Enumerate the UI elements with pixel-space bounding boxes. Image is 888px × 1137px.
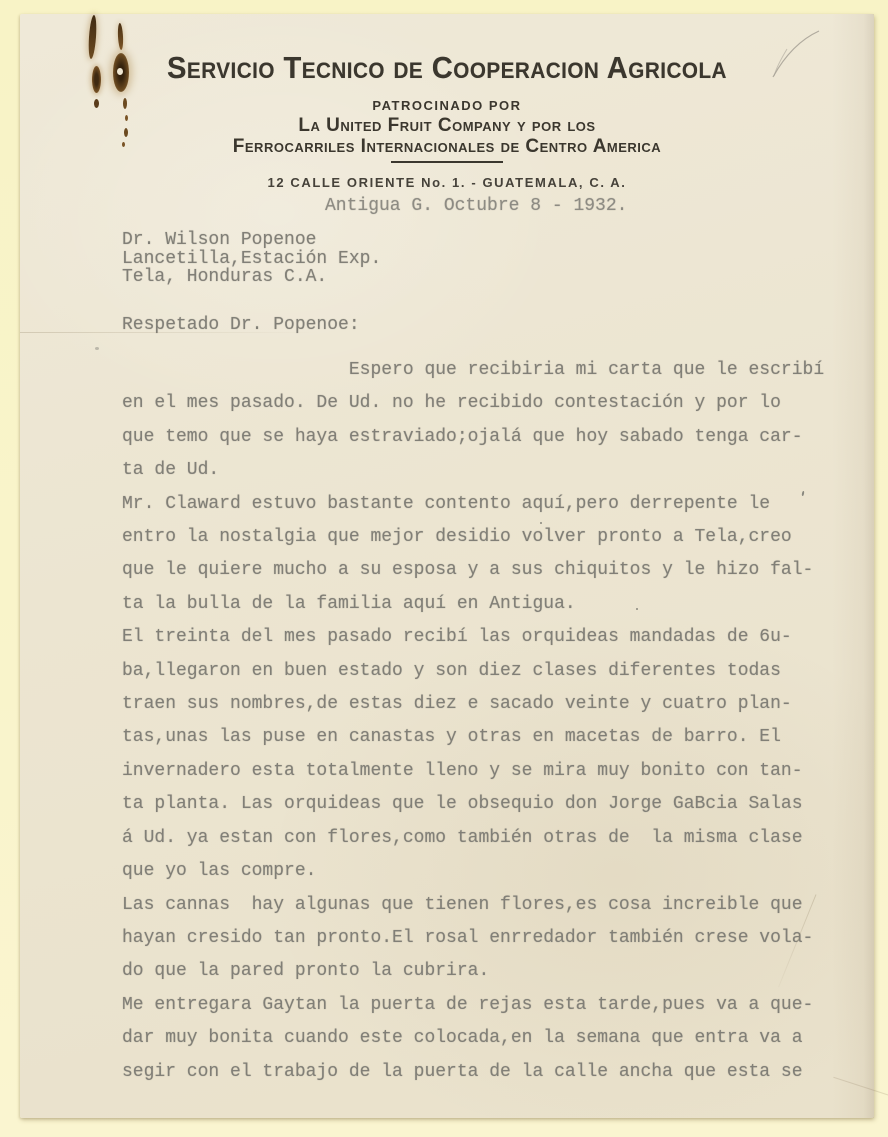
letterhead-sponsor-line2: Ferrocarriles Internacionales de Centro … <box>20 136 874 158</box>
typed-line: ta la bulla de la familia aquí en Antigu… <box>122 588 824 621</box>
letterhead-divider-rule <box>391 161 503 163</box>
rust-stain <box>94 99 99 108</box>
rust-stain <box>117 23 123 50</box>
salutation: Respetado Dr. Popenoe: <box>122 315 360 335</box>
typed-line: Lancetilla,Estación Exp. <box>122 250 381 269</box>
typed-line: Dr. Wilson Popenoe <box>122 231 381 250</box>
letterhead-sponsor-intro: PATROCINADO POR <box>20 98 874 113</box>
typed-line: Las cannas hay algunas que tienen flores… <box>122 889 824 922</box>
typed-line: ta planta. Las orquideas que le obsequio… <box>122 788 824 821</box>
recipient-address-block: Dr. Wilson PopenoeLancetilla,Estación Ex… <box>122 231 381 287</box>
typed-line: El treinta del mes pasado recibí las orq… <box>122 621 824 654</box>
letterhead-address: 12 CALLE ORIENTE No. 1. - GUATEMALA, C. … <box>20 175 874 190</box>
typed-line: Me entregara Gaytan la puerta de rejas e… <box>122 989 824 1022</box>
typed-line: entro la nostalgia que mejor desidio vol… <box>122 521 824 554</box>
rust-stain <box>124 128 128 137</box>
rust-stain <box>122 142 125 147</box>
typed-line: ba,llegaron en buen estado y son diez cl… <box>122 655 824 688</box>
typed-line: ta de Ud. <box>122 454 824 487</box>
typed-line: traen sus nombres,de estas diez e sacado… <box>122 688 824 721</box>
ink-speck <box>636 608 638 610</box>
crease-line <box>833 1077 888 1096</box>
smudge-mark <box>95 347 99 350</box>
typed-line: que le quiere mucho a su esposa y a sus … <box>122 554 824 587</box>
typed-line: segir con el trabajo de la puerta de la … <box>122 1056 824 1089</box>
typed-line: Espero que recibiria mi carta que le esc… <box>122 354 824 387</box>
letter-body: Espero que recibiria mi carta que le esc… <box>122 354 824 1089</box>
scan-backing: { "page": { "backing_color": "#f9f4cb", … <box>0 0 888 1137</box>
rust-stain <box>92 66 101 93</box>
typed-line: do que la pared pronto la cubrira. <box>122 955 824 988</box>
typed-line: dar muy bonita cuando este colocada,en l… <box>122 1022 824 1055</box>
date-line: Antigua G. Octubre 8 - 1932. <box>325 196 627 216</box>
stain-glint <box>117 68 123 75</box>
typed-line: tas,unas las puse en canastas y otras en… <box>122 721 824 754</box>
document-paper: Servicio Tecnico de Cooperacion Agricola… <box>20 14 874 1118</box>
rust-stain <box>123 98 127 109</box>
typed-line: á Ud. ya estan con flores,como también o… <box>122 822 824 855</box>
pencil-scribble <box>765 19 845 89</box>
typed-line: Mr. Claward estuvo bastante contento aqu… <box>122 488 824 521</box>
typed-line: Tela, Honduras C.A. <box>122 268 381 287</box>
rust-stain <box>113 53 129 92</box>
typed-line: que yo las compre. <box>122 855 824 888</box>
ink-speck <box>540 522 542 524</box>
letterhead-title: Servicio Tecnico de Cooperacion Agricola <box>46 50 849 86</box>
rust-stain <box>125 115 128 121</box>
typed-line: hayan cresido tan pronto.El rosal enrred… <box>122 922 824 955</box>
typed-line: que temo que se haya estraviado;ojalá qu… <box>122 421 824 454</box>
typed-line: en el mes pasado. De Ud. no he recibido … <box>122 387 824 420</box>
typed-line: invernadero esta totalmente lleno y se m… <box>122 755 824 788</box>
letterhead-sponsor-line1: La United Fruit Company y por los <box>20 115 874 137</box>
